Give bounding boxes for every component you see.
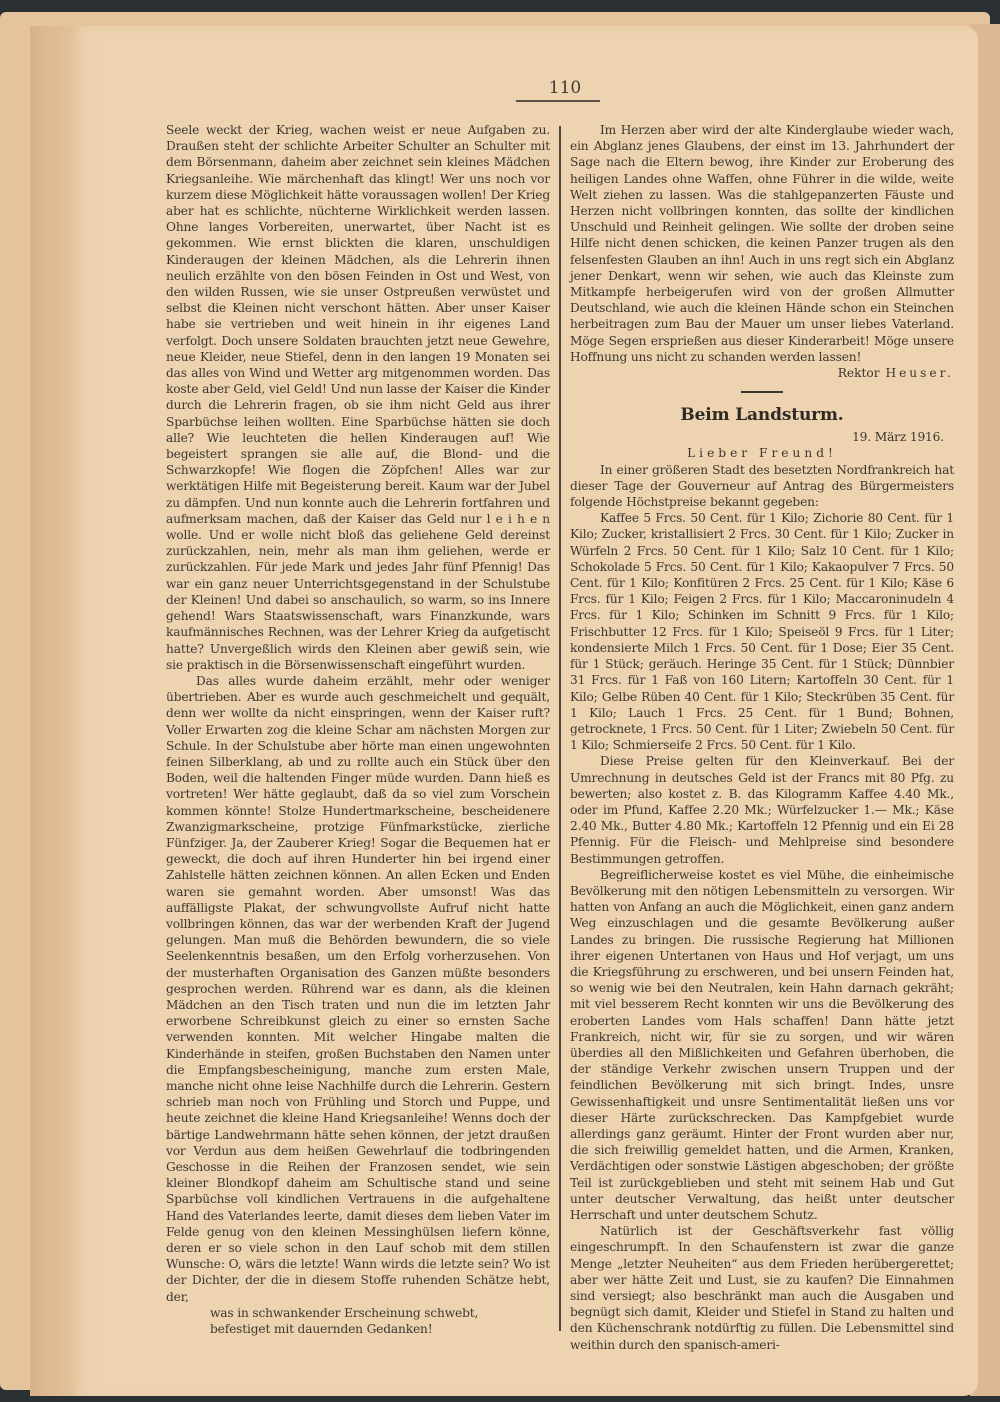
page-number-underline xyxy=(516,100,600,102)
article-dateline: 19. März 1916. xyxy=(570,429,954,445)
author-signature: Rektor Heuser. xyxy=(570,365,954,381)
article-paragraph: Natürlich ist der Geschäftsverkehr fast … xyxy=(570,1223,954,1353)
section-divider xyxy=(741,391,783,393)
article-paragraph: Im Herzen aber wird der alte Kinderglaub… xyxy=(570,122,954,365)
page-number: 110 xyxy=(530,78,600,98)
verse-quote: was in schwankender Erscheinung schwebt,… xyxy=(166,1305,550,1337)
column-divider xyxy=(559,126,561,1331)
letter-salutation: Lieber Freund! xyxy=(570,445,954,461)
article-paragraph: In einer größeren Stadt des besetzten No… xyxy=(570,462,954,511)
left-column: Seele weckt der Krieg, wachen weist er n… xyxy=(166,122,550,1337)
page-gutter-shadow xyxy=(30,26,82,1396)
article-paragraph: Begreiflicherweise kostet es viel Mühe, … xyxy=(570,867,954,1223)
article-paragraph: Das alles wurde daheim erzählt, mehr ode… xyxy=(166,673,550,1305)
verse-line: was in schwankender Erscheinung schwebt, xyxy=(210,1305,550,1321)
signature-name: Heuser. xyxy=(885,366,954,380)
article-paragraph: Seele weckt der Krieg, wachen weist er n… xyxy=(166,122,550,673)
verse-line: befestiget mit dauernden Gedanken! xyxy=(210,1321,550,1337)
signature-role: Rektor xyxy=(838,366,880,380)
price-list-paragraph: Kaffee 5 Frcs. 50 Cent. für 1 Kilo; Zich… xyxy=(570,510,954,753)
right-column: Im Herzen aber wird der alte Kinderglaub… xyxy=(570,122,954,1353)
article-paragraph: Diese Preise gelten für den Kleinverkauf… xyxy=(570,753,954,866)
article-heading: Beim Landsturm. xyxy=(570,403,954,427)
